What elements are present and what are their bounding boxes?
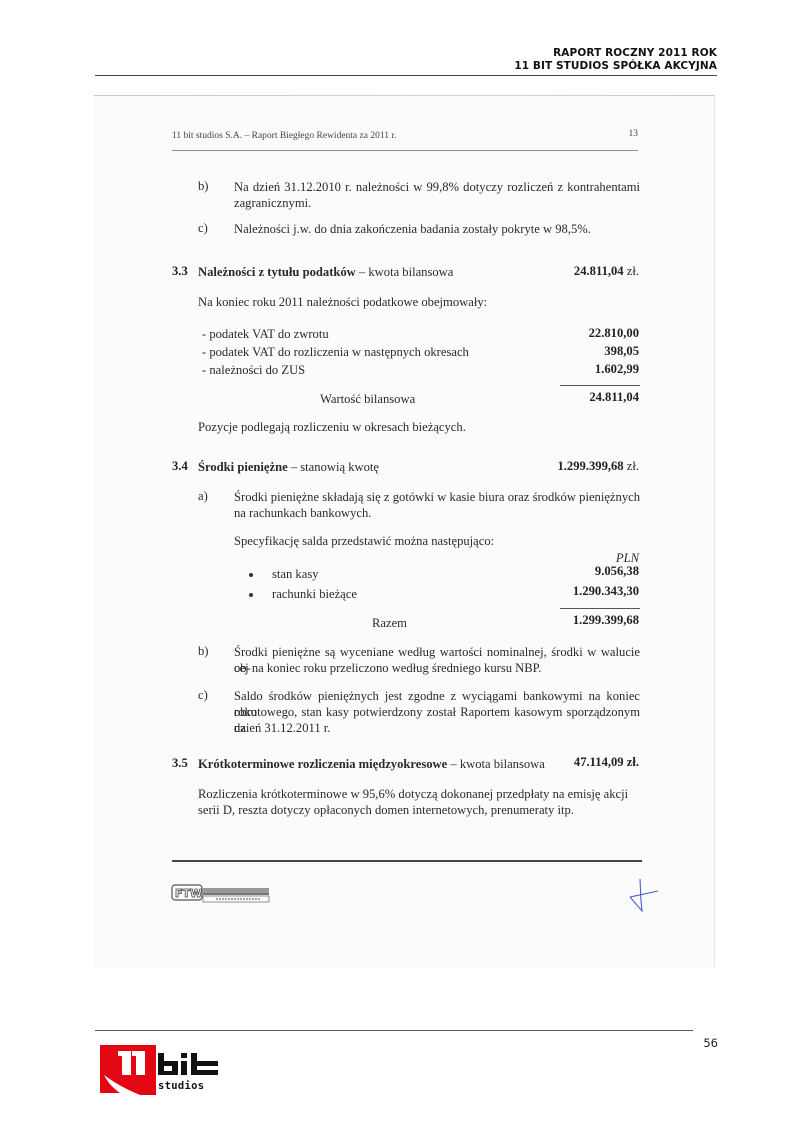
section-number: 3.3 bbox=[172, 264, 188, 279]
currency: zł. bbox=[624, 459, 639, 473]
scan-footer-divider bbox=[172, 860, 642, 862]
paragraph-line: Na dzień 31.12.2010 r. należności w 99,8… bbox=[234, 179, 640, 195]
auditor-logo-icon: FTW bbox=[171, 882, 271, 904]
section-heading: Środki pieniężne – stanowią kwotę bbox=[198, 459, 379, 475]
section-title: Środki pieniężne bbox=[198, 460, 288, 474]
item-marker: b) bbox=[198, 179, 209, 194]
row-label: rachunki bieżące bbox=[272, 586, 357, 602]
row-label: stan kasy bbox=[272, 566, 319, 582]
paragraph-line: Należności j.w. do dnia zakończenia bada… bbox=[234, 221, 591, 237]
section-subtitle: – stanowią kwotę bbox=[288, 460, 379, 474]
total-label: Wartość bilansowa bbox=[320, 391, 415, 407]
footer-divider bbox=[95, 1030, 693, 1031]
paragraph-line: zagranicznymi. bbox=[234, 195, 311, 211]
report-title: RAPORT ROCZNY 2011 ROK bbox=[514, 47, 717, 60]
svg-text:FTW: FTW bbox=[175, 887, 202, 900]
running-header-divider bbox=[172, 150, 638, 151]
section-heading: Należności z tytułu podatków – kwota bil… bbox=[198, 264, 453, 280]
section-heading: Krótkoterminowe rozliczenia międzyokreso… bbox=[198, 756, 545, 772]
amount-value: 1.299.399,68 bbox=[557, 459, 623, 473]
row-label: - podatek VAT do rozliczenia w następnyc… bbox=[202, 344, 469, 360]
item-marker: c) bbox=[198, 688, 208, 703]
page-number: 56 bbox=[700, 1036, 718, 1050]
signature-icon bbox=[628, 875, 668, 915]
paragraph-line: Środki pieniężne składają się z gotówki … bbox=[234, 489, 640, 505]
bullet-icon bbox=[249, 573, 253, 577]
section-amount: 1.299.399,68 zł. bbox=[474, 459, 639, 474]
row-value: 22.810,00 bbox=[514, 326, 639, 341]
scanned-auditor-page: 11 bit studios S.A. – Raport Biegłego Re… bbox=[94, 95, 715, 967]
report-header: RAPORT ROCZNY 2011 ROK 11 BIT STUDIOS SP… bbox=[514, 47, 717, 73]
currency: zł. bbox=[624, 755, 639, 769]
paragraph-line: na rachunkach bankowych. bbox=[234, 505, 371, 521]
11bit-studios-logo-icon: studios bbox=[98, 1045, 223, 1095]
row-value: 398,05 bbox=[514, 344, 639, 359]
section-note: Pozycje podlegają rozliczeniu w okresach… bbox=[198, 419, 466, 435]
sum-rule bbox=[560, 608, 640, 609]
section-amount: 47.114,09 zł. bbox=[514, 755, 639, 770]
amount-value: 24.811,04 bbox=[574, 264, 624, 278]
svg-text:studios: studios bbox=[158, 1080, 204, 1092]
total-label: Razem bbox=[372, 615, 407, 631]
paragraph-line: serii D, reszta dotyczy opłaconych domen… bbox=[198, 802, 574, 818]
item-marker: b) bbox=[198, 644, 209, 659]
paragraph-line: cej na koniec roku przeliczono według śr… bbox=[234, 660, 541, 676]
running-header: 11 bit studios S.A. – Raport Biegłego Re… bbox=[172, 131, 396, 141]
section-title: Należności z tytułu podatków bbox=[198, 265, 356, 279]
section-number: 3.5 bbox=[172, 756, 188, 771]
currency: zł. bbox=[624, 264, 639, 278]
sum-rule bbox=[560, 385, 640, 386]
section-subtitle: – kwota bilansowa bbox=[356, 265, 454, 279]
amount-value: 47.114,09 bbox=[574, 755, 624, 769]
paragraph-line: Rozliczenia krótkoterminowe w 95,6% doty… bbox=[198, 786, 628, 802]
item-marker: c) bbox=[198, 221, 208, 236]
row-value: 1.290.343,30 bbox=[514, 584, 639, 599]
total-value: 24.811,04 bbox=[514, 390, 639, 405]
header-divider bbox=[95, 75, 717, 76]
section-amount: 24.811,04 zł. bbox=[494, 264, 639, 279]
bullet-icon bbox=[249, 593, 253, 597]
row-label: - podatek VAT do zwrotu bbox=[202, 326, 329, 342]
row-value: 9.056,38 bbox=[514, 564, 639, 579]
section-intro: Na koniec roku 2011 należności podatkowe… bbox=[198, 294, 487, 310]
scan-edge bbox=[94, 95, 714, 96]
item-marker: a) bbox=[198, 489, 208, 504]
scan-page-number: 13 bbox=[614, 129, 638, 139]
row-value: 1.602,99 bbox=[514, 362, 639, 377]
section-title: Krótkoterminowe rozliczenia międzyokreso… bbox=[198, 757, 447, 771]
row-label: - należności do ZUS bbox=[202, 362, 305, 378]
company-name: 11 BIT STUDIOS SPÓŁKA AKCYJNA bbox=[514, 60, 717, 73]
section-number: 3.4 bbox=[172, 459, 188, 474]
spec-intro: Specyfikację salda przedstawić można nas… bbox=[234, 533, 494, 549]
total-value: 1.299.399,68 bbox=[514, 613, 639, 628]
paragraph-line: dzień 31.12.2011 r. bbox=[234, 720, 330, 736]
